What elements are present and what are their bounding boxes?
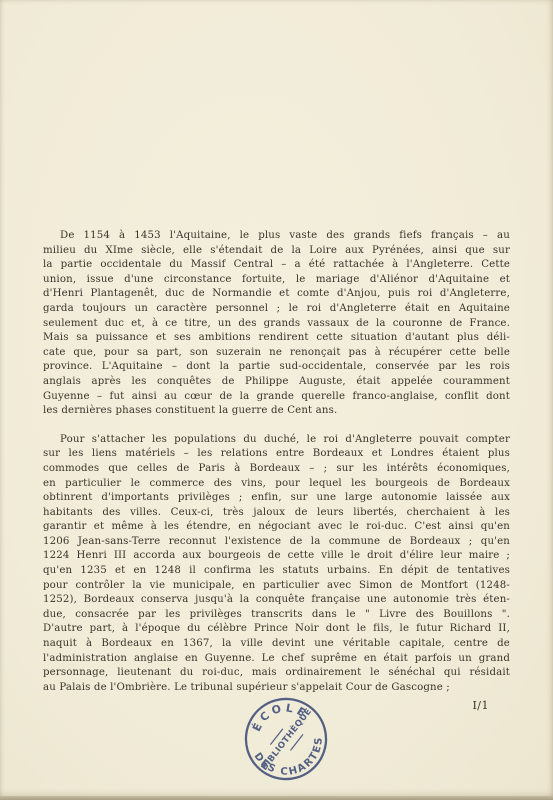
text-line: milieu du XIme siècle, elle s'étendait d… bbox=[43, 244, 510, 259]
text-line: personnage, lieutenant du roi-duc, mais … bbox=[43, 666, 510, 681]
text-line: sur les liens matériels – les relations … bbox=[43, 447, 510, 462]
body-text: De 1154 à 1453 l'Aquitaine, le plus vast… bbox=[43, 229, 510, 709]
text-line: commodes que celles de Paris à Bordeaux … bbox=[43, 462, 510, 477]
paragraph-1: De 1154 à 1453 l'Aquitaine, le plus vast… bbox=[43, 229, 510, 419]
text-line: D'autre part, à l'époque du célèbre Prin… bbox=[43, 622, 510, 637]
text-line: 1224 Henri III accorda aux bourgeois de … bbox=[43, 549, 510, 564]
text-line: 1252), Bordeaux conserva jusqu'à la conq… bbox=[43, 593, 510, 608]
library-stamp: ÉCOLE DES CHARTES BIBLIOTHÈQUE bbox=[242, 695, 330, 783]
text-line: garantir et même à les étendre, en négoc… bbox=[43, 520, 510, 535]
text-line: garda toujours un caractère personnel ; … bbox=[43, 302, 510, 317]
text-line: habitants des villes. Ceux-ci, très jalo… bbox=[43, 506, 510, 521]
text-line: la partie occidentale du Massif Central … bbox=[43, 258, 510, 273]
page-bottom-edge bbox=[0, 796, 553, 800]
text-line: au Palais de l'Ombrière. Le tribunal sup… bbox=[43, 681, 510, 696]
text-line: pour contrôler la vie municipale, en par… bbox=[43, 579, 510, 594]
text-line: en particulier le commerce des vins, pou… bbox=[43, 477, 510, 492]
scanned-document-page: De 1154 à 1453 l'Aquitaine, le plus vast… bbox=[0, 0, 553, 800]
text-line: obtinrent d'importants privilèges ; enfi… bbox=[43, 491, 510, 506]
text-line: Mais sa puissance et ses ambitions rendi… bbox=[43, 331, 510, 346]
text-line: union, issue d'une circonstance fortuite… bbox=[43, 273, 510, 288]
text-line: 1206 Jean-sans-Terre reconnut l'existenc… bbox=[43, 535, 510, 550]
paragraph-2: Pour s'attacher les populations du duché… bbox=[43, 433, 510, 696]
page-number: I/1 bbox=[472, 699, 489, 712]
text-line: anglais après les conquêtes de Philippe … bbox=[43, 375, 510, 390]
text-line: Guyenne – fut ainsi au cœur de la grande… bbox=[43, 390, 510, 405]
text-line: province. L'Aquitaine – dont la partie s… bbox=[43, 360, 510, 375]
text-line: d'Henri Plantagenêt, duc de Normandie et… bbox=[43, 287, 510, 302]
text-line: qu'en 1235 et en 1248 il confirma les st… bbox=[43, 564, 510, 579]
text-line: due, consacrée par les privilèges transc… bbox=[43, 608, 510, 623]
text-line: naquit à Bordeaux en 1367, la ville devi… bbox=[43, 637, 510, 652]
text-line: Pour s'attacher les populations du duché… bbox=[43, 433, 510, 448]
library-stamp-graphic: ÉCOLE DES CHARTES BIBLIOTHÈQUE bbox=[242, 695, 330, 783]
text-line: cate que, pour sa part, son suzerain ne … bbox=[43, 346, 510, 361]
text-line: De 1154 à 1453 l'Aquitaine, le plus vast… bbox=[43, 229, 510, 244]
text-line: l'administration anglaise en Guyenne. Le… bbox=[43, 652, 510, 667]
text-line: les dernières phases constituent la guer… bbox=[43, 404, 510, 419]
text-line: seulement duc et, à ce titre, un des gra… bbox=[43, 317, 510, 332]
